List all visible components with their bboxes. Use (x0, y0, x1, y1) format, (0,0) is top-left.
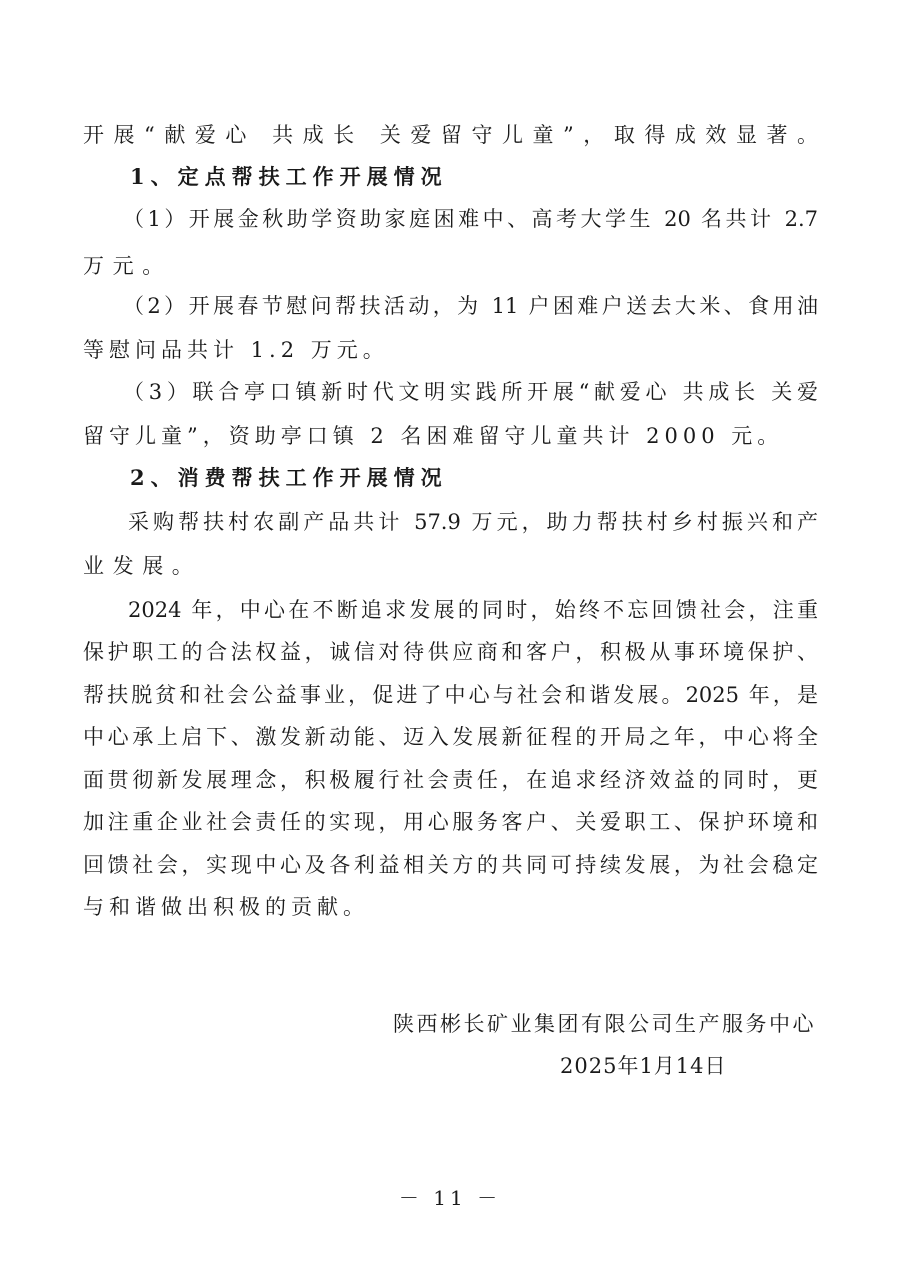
text-line: （3）联合亭口镇新时代文明实践所开展“献爱心 共成长 关爱 (123, 378, 818, 406)
text-line: 面贯彻新发展理念，积极履行社会责任，在追求经济效益的同时，更 (83, 766, 818, 794)
page-number: － 11 － (0, 1182, 900, 1211)
text-line: 开展“献爱心 共成长 关爱留守儿童”，取得成效显著。 (83, 121, 818, 149)
text-line: 等慰问品共计 1.2 万元。 (83, 336, 823, 364)
text-line: 业发展。 (83, 552, 823, 580)
text-line: 采购帮扶村农副产品共计 57.9 万元，助力帮扶村乡村振兴和产 (128, 508, 818, 536)
text-line: 2024 年，中心在不断追求发展的同时，始终不忘回馈社会，注重 (128, 596, 818, 624)
text-line: 帮扶脱贫和社会公益事业，促进了中心与社会和谐发展。2025 年，是 (83, 681, 818, 709)
text-line: 回馈社会，实现中心及各利益相关方的共同可持续发展，为社会稳定 (83, 851, 818, 879)
text-line: 加注重企业社会责任的实现，用心服务客户、关爱职工、保护环境和 (83, 808, 818, 836)
signature-organization: 陕西彬长矿业集团有限公司生产服务中心 (393, 1010, 816, 1038)
text-line: （2）开展春节慰问帮扶活动，为 11 户困难户送去大米、食用油 (123, 292, 818, 320)
text-line: 与和谐做出积极的贡献。 (83, 893, 823, 921)
text-line: （1）开展金秋助学资助家庭困难中、高考大学生 20 名共计 2.7 (123, 205, 818, 233)
signature-date: 2025年1月14日 (560, 1052, 727, 1080)
text-line: 留守儿童”，资助亭口镇 2 名困难留守儿童共计 2000 元。 (83, 422, 823, 450)
text-line: 万元。 (83, 252, 823, 280)
section-heading: 2、消费帮扶工作开展情况 (130, 464, 870, 492)
text-line: 中心承上启下、激发新动能、迈入发展新征程的开局之年，中心将全 (83, 723, 818, 751)
document-page: 开展“献爱心 共成长 关爱留守儿童”，取得成效显著。 1、定点帮扶工作开展情况 … (0, 0, 900, 1273)
text-line: 保护职工的合法权益，诚信对待供应商和客户，积极从事环境保护、 (83, 638, 818, 666)
section-heading: 1、定点帮扶工作开展情况 (130, 163, 870, 191)
